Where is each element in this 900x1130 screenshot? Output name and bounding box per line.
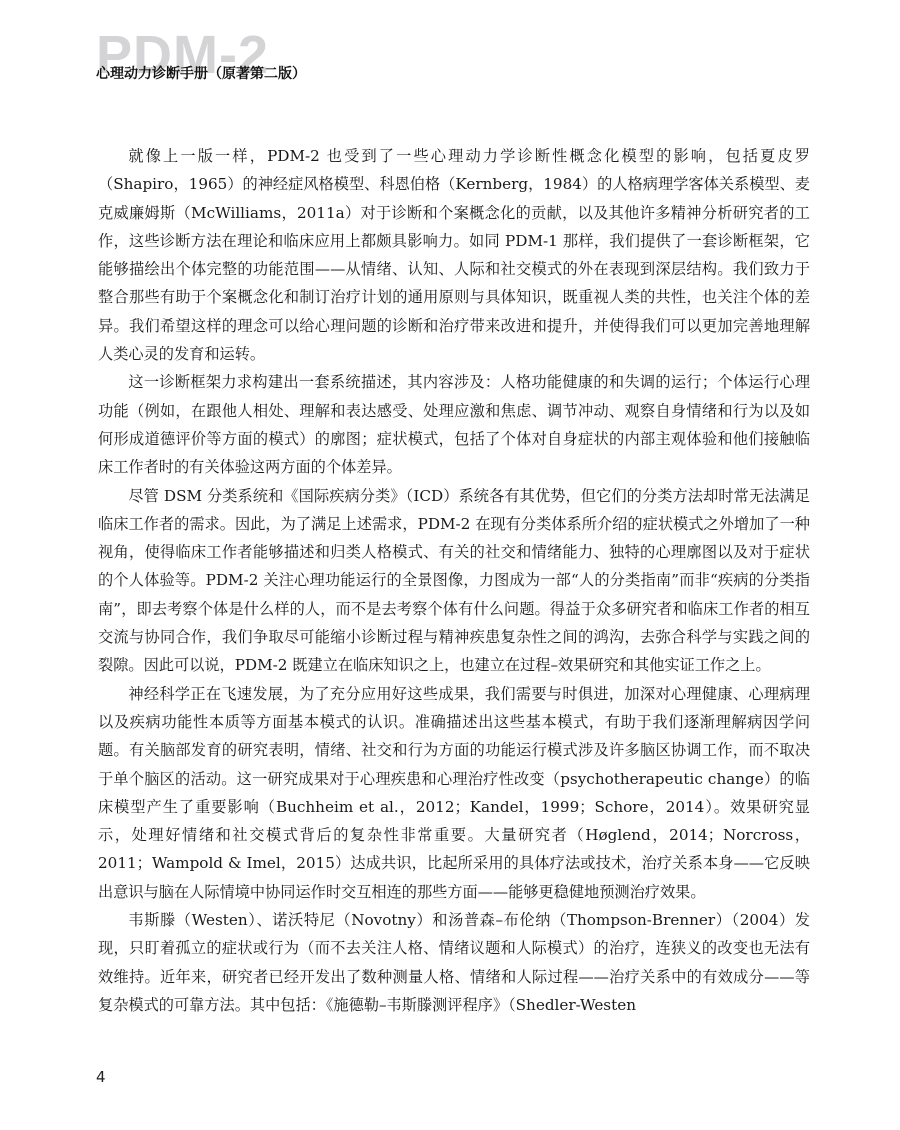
- page-number: 4: [96, 1068, 106, 1086]
- page-header: PDM-2 心理动力诊断手册（原著第二版）: [96, 28, 596, 88]
- running-book-title: 心理动力诊断手册（原著第二版）: [96, 65, 306, 83]
- body-text: 就像上一版一样，PDM-2 也受到了一些心理动力学诊断性概念化模型的影响，包括夏…: [98, 142, 810, 1019]
- paragraph-westen-research: 韦斯滕（Westen）、诺沃特尼（Novotny）和汤普森–布伦纳（Thomps…: [98, 906, 810, 1019]
- paragraph-dsm-icd-comparison: 尽管 DSM 分类系统和《国际疾病分类》（ICD）系统各有其优势，但它们的分类方…: [98, 482, 810, 680]
- paragraph-neuroscience: 神经科学正在飞速发展，为了充分应用好这些成果，我们需要与时俱进，加深对心理健康、…: [98, 680, 810, 906]
- paragraph-diagnostic-framework: 这一诊断框架力求构建出一套系统描述，其内容涉及：人格功能健康的和失调的运行；个体…: [98, 368, 810, 481]
- paragraph-pdm2-influences: 就像上一版一样，PDM-2 也受到了一些心理动力学诊断性概念化模型的影响，包括夏…: [98, 142, 810, 368]
